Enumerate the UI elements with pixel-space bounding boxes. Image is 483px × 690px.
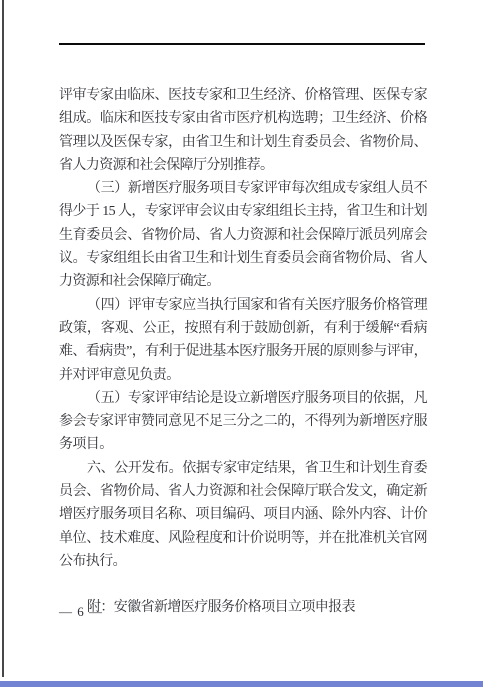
document-body: 评审专家由临床、医技专家和卫生经济、价格管理、医保专家组成。临床和医技专家由省市…: [59, 84, 427, 620]
scan-bottom-edge-strip: [0, 681, 483, 687]
paragraph-expert-composition: 评审专家由临床、医技专家和卫生经济、价格管理、医保专家组成。临床和医技专家由省市…: [59, 84, 427, 177]
scan-left-edge-line: [2, 0, 4, 677]
attachment-note: 附：安徽省新增医疗服务价格项目立项申报表: [59, 596, 427, 619]
header-separator-rule: [59, 43, 425, 45]
paragraph-item-5-review-conclusion: （五）专家评审结论是设立新增医疗服务项目的依据，凡参会专家评审赞同意见不足三分之…: [59, 387, 427, 457]
scanned-document-page: 评审专家由临床、医技专家和卫生经济、价格管理、医保专家组成。临床和医技专家由省市…: [0, 0, 483, 690]
page-number: — 6 —: [59, 604, 103, 620]
paragraph-section-6-public-release: 六、公开发布。依据专家审定结果，省卫生和计划生育委员会、省物价局、省人力资源和社…: [59, 457, 427, 573]
paragraph-item-4-review-principles: （四）评审专家应当执行国家和省有关医疗服务价格管理政策，客观、公正，按照有利于鼓…: [59, 294, 427, 387]
paragraph-item-3-expert-panel: （三）新增医疗服务项目专家评审每次组成专家组人员不得少于 15 人，专家评审会议…: [59, 177, 427, 293]
